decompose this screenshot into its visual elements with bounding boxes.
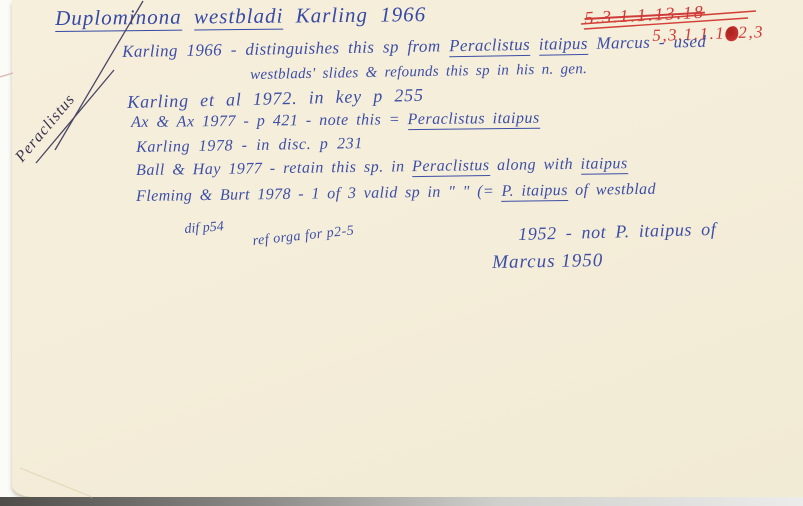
taxon-name: Peraclistus xyxy=(412,157,490,177)
scanner-backdrop-strip xyxy=(0,497,803,506)
scan-canvas: Peraclistus 5.3.1.1.13.18 5,3.1.1.12,3 D… xyxy=(0,0,803,506)
catalog-number-new-suffix: 2,3 xyxy=(738,22,764,42)
card-title: Duplominona westbladi Karling 1966 xyxy=(55,2,426,31)
interlinear-note-1: dif p54 xyxy=(184,219,224,238)
entry-line-4: Ax & Ax 1977 - p 421 - note this = Perac… xyxy=(131,110,540,132)
entry-text: Ball & Hay 1977 - retain this sp. in xyxy=(136,158,412,179)
authority-text: Karling 1966 xyxy=(296,2,427,27)
genus-name: Duplominona xyxy=(55,5,182,32)
ink-blot-icon xyxy=(725,26,739,41)
entry-text: Ax & Ax 1977 - p 421 - note this = xyxy=(131,111,408,131)
taxon-name: Peraclistus itaipus xyxy=(408,110,540,130)
entry-continuation-2: Marcus 1950 xyxy=(492,250,603,274)
taxon-name: itaipus xyxy=(580,155,627,175)
entry-text: Marcus - used xyxy=(588,32,707,53)
taxon-name: Peraclistus xyxy=(449,35,530,57)
species-name: westbladi xyxy=(194,4,284,31)
taxon-name: P. itaipus xyxy=(501,182,568,202)
entry-text: along with xyxy=(489,156,580,174)
entry-text: Karling 1978 - in disc. p 231 xyxy=(136,135,363,156)
entry-text xyxy=(530,35,539,54)
entry-text: of westblad xyxy=(568,181,656,199)
taxon-name: itaipus xyxy=(539,34,588,56)
